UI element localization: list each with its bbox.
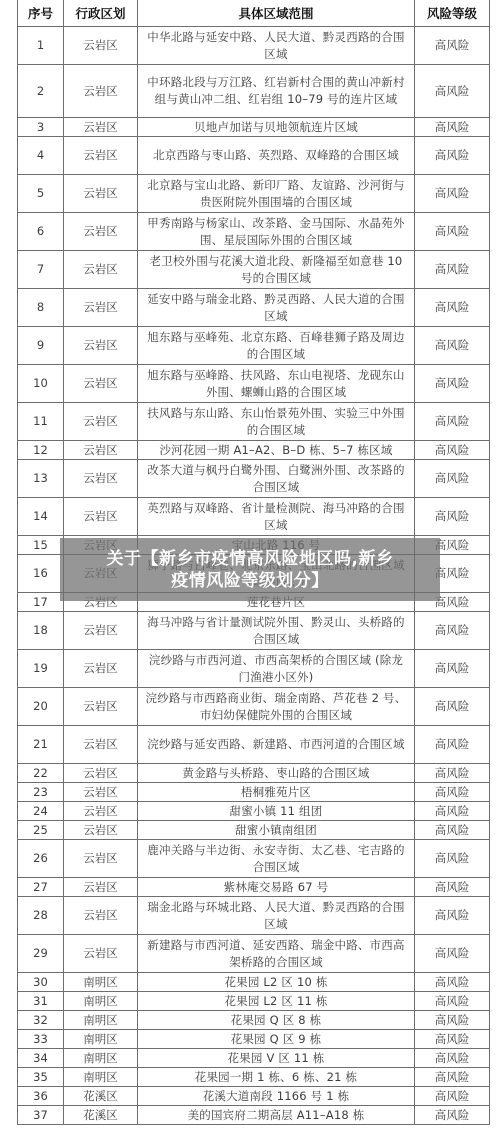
cell-district: 云岩区 xyxy=(64,175,138,213)
table-row: 1云岩区中华北路与延安中路、人民大道、黔灵西路的合围区域高风险 xyxy=(18,27,490,65)
cell-level: 高风险 xyxy=(415,650,490,688)
table-row: 2云岩区中环路北段与万江路、红岩新村合围的黄山冲新村组与黄山冲二组、红岩组 10… xyxy=(18,65,490,118)
table-row: 29云岩区新建路与市西河道、延安西路、瑞金中路、市西高架桥路的合围区域高风险 xyxy=(18,935,490,973)
cell-area: 中环路北段与万江路、红岩新村合围的黄山冲新村组与黄山冲二组、红岩组 10–79 … xyxy=(138,65,415,118)
cell-district: 花溪区 xyxy=(64,1087,138,1106)
table-row: 24云岩区甜蜜小镇 11 组团高风险 xyxy=(18,802,490,821)
cell-no: 28 xyxy=(18,897,64,935)
table-row: 26云岩区鹿冲关路与半边街、永安寺街、太乙巷、宅吉路的合围区域高风险 xyxy=(18,840,490,878)
table-row: 11云岩区扶风路与东山路、东山怡景苑外围、实验三中外围的合围区域高风险 xyxy=(18,403,490,441)
cell-district: 云岩区 xyxy=(64,612,138,650)
cell-level: 高风险 xyxy=(415,1068,490,1087)
cell-no: 15 xyxy=(18,536,64,555)
cell-level: 高风险 xyxy=(415,726,490,764)
cell-area: 新建路与市西河道、延安西路、瑞金中路、市西高架桥路的合围区域 xyxy=(138,935,415,973)
cell-level: 高风险 xyxy=(415,175,490,213)
overlay-title-line-2: 疫情风险等级划分】 xyxy=(171,570,329,592)
cell-no: 36 xyxy=(18,1087,64,1106)
table-row: 33南明区花果园 Q 区 9 栋高风险 xyxy=(18,1030,490,1049)
cell-area: 黄金路与头桥路、枣山路的合围区域 xyxy=(138,764,415,783)
cell-no: 33 xyxy=(18,1030,64,1049)
cell-level: 高风险 xyxy=(415,365,490,403)
cell-no: 26 xyxy=(18,840,64,878)
cell-district: 云岩区 xyxy=(64,65,138,118)
cell-district: 云岩区 xyxy=(64,327,138,365)
cell-area: 沙河花园一期 A1–A2、B–D 栋、5–7 栋区域 xyxy=(138,441,415,460)
cell-level: 高风险 xyxy=(415,821,490,840)
table-row: 20云岩区浣纱路与市西路商业街、瑞金南路、芦花巷 2 号、市妇幼保健院外围的合围… xyxy=(18,688,490,726)
table-row: 25云岩区甜蜜小镇南组团高风险 xyxy=(18,821,490,840)
cell-no: 32 xyxy=(18,1011,64,1030)
cell-no: 21 xyxy=(18,726,64,764)
cell-district: 云岩区 xyxy=(64,213,138,251)
table-row: 9云岩区旭东路与巫峰苑、北京东路、百峰巷狮子路及周边的合围区域高风险 xyxy=(18,327,490,365)
cell-district: 云岩区 xyxy=(64,821,138,840)
cell-level: 高风险 xyxy=(415,498,490,536)
cell-level: 高风险 xyxy=(415,935,490,973)
cell-level: 高风险 xyxy=(415,878,490,897)
cell-area: 鹿冲关路与半边街、永安寺街、太乙巷、宅吉路的合围区域 xyxy=(138,840,415,878)
header-level: 风险等级 xyxy=(415,0,490,27)
cell-no: 34 xyxy=(18,1049,64,1068)
cell-no: 10 xyxy=(18,365,64,403)
cell-area: 花果园 L2 区 10 栋 xyxy=(138,973,415,992)
table-header-row: 序号 行政区划 具体区域范围 风险等级 xyxy=(18,0,490,27)
overlay-title-line-1: 关于【新乡市疫情高风险地区吗,新乡 xyxy=(107,548,394,570)
cell-level: 高风险 xyxy=(415,1049,490,1068)
table-row: 22云岩区黄金路与头桥路、枣山路的合围区域高风险 xyxy=(18,764,490,783)
cell-area: 浣纱路与市西路商业街、瑞金南路、芦花巷 2 号、市妇幼保健院外围的合围区域 xyxy=(138,688,415,726)
cell-no: 14 xyxy=(18,498,64,536)
title-overlay-banner: 关于【新乡市疫情高风险地区吗,新乡 疫情风险等级划分】 xyxy=(60,538,440,601)
cell-area: 改茶大道与枫丹白鹭外围、白鹭洲外围、改茶路的合围区域 xyxy=(138,460,415,498)
cell-no: 11 xyxy=(18,403,64,441)
cell-no: 24 xyxy=(18,802,64,821)
table-row: 14云岩区英烈路与双峰路、省计量检测院、海马冲路的合围区域高风险 xyxy=(18,498,490,536)
cell-area: 甲秀南路与杨家山、改茶路、金马国际、水晶苑外围、星辰国际外围的合围区域 xyxy=(138,213,415,251)
table-row: 37花溪区美的国宾府二期高层 A11–A18 栋高风险 xyxy=(18,1106,490,1125)
table-row: 3云岩区贝地卢加诺与贝地领航连片区域高风险 xyxy=(18,118,490,137)
cell-no: 4 xyxy=(18,137,64,175)
cell-level: 高风险 xyxy=(415,65,490,118)
header-district: 行政区划 xyxy=(64,0,138,27)
cell-district: 云岩区 xyxy=(64,137,138,175)
cell-no: 13 xyxy=(18,460,64,498)
cell-no: 1 xyxy=(18,27,64,65)
cell-level: 高风险 xyxy=(415,1106,490,1125)
cell-no: 25 xyxy=(18,821,64,840)
table-row: 18云岩区海马冲路与省计量测试院外围、黔灵山、头桥路的合围区域高风险 xyxy=(18,612,490,650)
cell-district: 云岩区 xyxy=(64,365,138,403)
cell-level: 高风险 xyxy=(415,137,490,175)
cell-district: 云岩区 xyxy=(64,783,138,802)
cell-district: 云岩区 xyxy=(64,403,138,441)
cell-district: 云岩区 xyxy=(64,726,138,764)
cell-district: 南明区 xyxy=(64,973,138,992)
cell-area: 花果园一期 1 栋、6 栋、21 栋 xyxy=(138,1068,415,1087)
cell-no: 19 xyxy=(18,650,64,688)
cell-level: 高风险 xyxy=(415,764,490,783)
table-row: 30南明区花果园 L2 区 10 栋高风险 xyxy=(18,973,490,992)
cell-area: 旭东路与巫峰苑、北京东路、百峰巷狮子路及周边的合围区域 xyxy=(138,327,415,365)
cell-level: 高风险 xyxy=(415,802,490,821)
table-row: 19云岩区浣纱路与市西河道、市西高架桥的合围区域 (除龙门渔港小区外)高风险 xyxy=(18,650,490,688)
table-row: 10云岩区旭东路与巫峰路、扶风路、东山电视塔、龙砚东山外围、螺蛳山路的合围区域高… xyxy=(18,365,490,403)
cell-district: 南明区 xyxy=(64,1049,138,1068)
table-row: 4云岩区北京西路与枣山路、英烈路、双峰路的合围区域高风险 xyxy=(18,137,490,175)
cell-no: 35 xyxy=(18,1068,64,1087)
cell-level: 高风险 xyxy=(415,612,490,650)
cell-area: 老卫校外围与花溪大道北段、新隆福至如意巷 10 号的合围区域 xyxy=(138,251,415,289)
cell-level: 高风险 xyxy=(415,403,490,441)
cell-district: 云岩区 xyxy=(64,289,138,327)
cell-area: 扶风路与东山路、东山怡景苑外围、实验三中外围的合围区域 xyxy=(138,403,415,441)
table-row: 23云岩区梧桐雅苑片区高风险 xyxy=(18,783,490,802)
header-no: 序号 xyxy=(18,0,64,27)
table-row: 21云岩区浣纱路与延安西路、新建路、市西河道的合围区域高风险 xyxy=(18,726,490,764)
cell-area: 浣纱路与市西河道、市西高架桥的合围区域 (除龙门渔港小区外) xyxy=(138,650,415,688)
cell-district: 云岩区 xyxy=(64,650,138,688)
cell-area: 花果园 Q 区 9 栋 xyxy=(138,1030,415,1049)
cell-district: 花溪区 xyxy=(64,1106,138,1125)
table-row: 34南明区花果园 V 区 11 栋高风险 xyxy=(18,1049,490,1068)
cell-area: 旭东路与巫峰路、扶风路、东山电视塔、龙砚东山外围、螺蛳山路的合围区域 xyxy=(138,365,415,403)
cell-area: 花果园 V 区 11 栋 xyxy=(138,1049,415,1068)
cell-district: 南明区 xyxy=(64,1068,138,1087)
cell-level: 高风险 xyxy=(415,118,490,137)
cell-district: 云岩区 xyxy=(64,460,138,498)
cell-level: 高风险 xyxy=(415,897,490,935)
cell-level: 高风险 xyxy=(415,840,490,878)
cell-district: 南明区 xyxy=(64,1011,138,1030)
cell-area: 贝地卢加诺与贝地领航连片区域 xyxy=(138,118,415,137)
cell-no: 20 xyxy=(18,688,64,726)
table-row: 13云岩区改茶大道与枫丹白鹭外围、白鹭洲外围、改茶路的合围区域高风险 xyxy=(18,460,490,498)
cell-level: 高风险 xyxy=(415,441,490,460)
document-page: 序号 行政区划 具体区域范围 风险等级 1云岩区中华北路与延安中路、人民大道、黔… xyxy=(0,0,500,1140)
cell-no: 30 xyxy=(18,973,64,992)
header-area: 具体区域范围 xyxy=(138,0,415,27)
table-row: 28云岩区瑞金北路与环城北路、人民大道、黔灵西路的合围区域高风险 xyxy=(18,897,490,935)
cell-level: 高风险 xyxy=(415,1011,490,1030)
cell-district: 云岩区 xyxy=(64,935,138,973)
cell-no: 7 xyxy=(18,251,64,289)
cell-level: 高风险 xyxy=(415,289,490,327)
cell-no: 29 xyxy=(18,935,64,973)
cell-no: 23 xyxy=(18,783,64,802)
cell-no: 12 xyxy=(18,441,64,460)
cell-area: 中华北路与延安中路、人民大道、黔灵西路的合围区域 xyxy=(138,27,415,65)
cell-level: 高风险 xyxy=(415,688,490,726)
cell-district: 云岩区 xyxy=(64,802,138,821)
cell-area: 紫林庵交易路 67 号 xyxy=(138,878,415,897)
cell-no: 5 xyxy=(18,175,64,213)
cell-area: 延安中路与瑞金北路、黔灵西路、人民大道的合围区域 xyxy=(138,289,415,327)
cell-no: 8 xyxy=(18,289,64,327)
table-row: 7云岩区老卫校外围与花溪大道北段、新隆福至如意巷 10 号的合围区域高风险 xyxy=(18,251,490,289)
cell-level: 高风险 xyxy=(415,460,490,498)
cell-no: 6 xyxy=(18,213,64,251)
cell-area: 海马冲路与省计量测试院外围、黔灵山、头桥路的合围区域 xyxy=(138,612,415,650)
table-row: 6云岩区甲秀南路与杨家山、改茶路、金马国际、水晶苑外围、星辰国际外围的合围区域高… xyxy=(18,213,490,251)
cell-district: 云岩区 xyxy=(64,764,138,783)
cell-district: 云岩区 xyxy=(64,118,138,137)
cell-district: 云岩区 xyxy=(64,251,138,289)
cell-area: 英烈路与双峰路、省计量检测院、海马冲路的合围区域 xyxy=(138,498,415,536)
cell-area: 甜蜜小镇 11 组团 xyxy=(138,802,415,821)
cell-area: 梧桐雅苑片区 xyxy=(138,783,415,802)
cell-district: 云岩区 xyxy=(64,840,138,878)
cell-no: 17 xyxy=(18,593,64,612)
cell-area: 花溪大道南段 1166 号 1 栋 xyxy=(138,1087,415,1106)
table-row: 5云岩区北京路与宝山北路、新印厂路、友谊路、沙河街与贵医附院外围围墙的合围区域高… xyxy=(18,175,490,213)
cell-level: 高风险 xyxy=(415,213,490,251)
cell-area: 北京西路与枣山路、英烈路、双峰路的合围区域 xyxy=(138,137,415,175)
cell-district: 南明区 xyxy=(64,1030,138,1049)
cell-no: 37 xyxy=(18,1106,64,1125)
cell-no: 22 xyxy=(18,764,64,783)
cell-area: 花果园 L2 区 11 栋 xyxy=(138,992,415,1011)
cell-level: 高风险 xyxy=(415,251,490,289)
cell-no: 9 xyxy=(18,327,64,365)
cell-level: 高风险 xyxy=(415,27,490,65)
cell-level: 高风险 xyxy=(415,783,490,802)
cell-district: 云岩区 xyxy=(64,27,138,65)
table-row: 35南明区花果园一期 1 栋、6 栋、21 栋高风险 xyxy=(18,1068,490,1087)
table-row: 12云岩区沙河花园一期 A1–A2、B–D 栋、5–7 栋区域高风险 xyxy=(18,441,490,460)
table-row: 36花溪区花溪大道南段 1166 号 1 栋高风险 xyxy=(18,1087,490,1106)
cell-area: 浣纱路与延安西路、新建路、市西河道的合围区域 xyxy=(138,726,415,764)
table-row: 27云岩区紫林庵交易路 67 号高风险 xyxy=(18,878,490,897)
cell-no: 18 xyxy=(18,612,64,650)
cell-district: 云岩区 xyxy=(64,441,138,460)
cell-no: 31 xyxy=(18,992,64,1011)
table-row: 8云岩区延安中路与瑞金北路、黔灵西路、人民大道的合围区域高风险 xyxy=(18,289,490,327)
cell-level: 高风险 xyxy=(415,327,490,365)
table-row: 31南明区花果园 L2 区 11 栋高风险 xyxy=(18,992,490,1011)
cell-area: 瑞金北路与环城北路、人民大道、黔灵西路的合围区域 xyxy=(138,897,415,935)
cell-level: 高风险 xyxy=(415,1030,490,1049)
cell-level: 高风险 xyxy=(415,973,490,992)
cell-district: 南明区 xyxy=(64,992,138,1011)
cell-area: 甜蜜小镇南组团 xyxy=(138,821,415,840)
cell-area: 花果园 Q 区 8 栋 xyxy=(138,1011,415,1030)
table-row: 32南明区花果园 Q 区 8 栋高风险 xyxy=(18,1011,490,1030)
cell-area: 北京路与宝山北路、新印厂路、友谊路、沙河街与贵医附院外围围墙的合围区域 xyxy=(138,175,415,213)
cell-district: 云岩区 xyxy=(64,897,138,935)
cell-no: 2 xyxy=(18,65,64,118)
cell-district: 云岩区 xyxy=(64,878,138,897)
cell-level: 高风险 xyxy=(415,1087,490,1106)
cell-district: 云岩区 xyxy=(64,688,138,726)
cell-level: 高风险 xyxy=(415,992,490,1011)
cell-area: 美的国宾府二期高层 A11–A18 栋 xyxy=(138,1106,415,1125)
cell-no: 3 xyxy=(18,118,64,137)
cell-no: 27 xyxy=(18,878,64,897)
cell-district: 云岩区 xyxy=(64,498,138,536)
cell-no: 16 xyxy=(18,555,64,593)
